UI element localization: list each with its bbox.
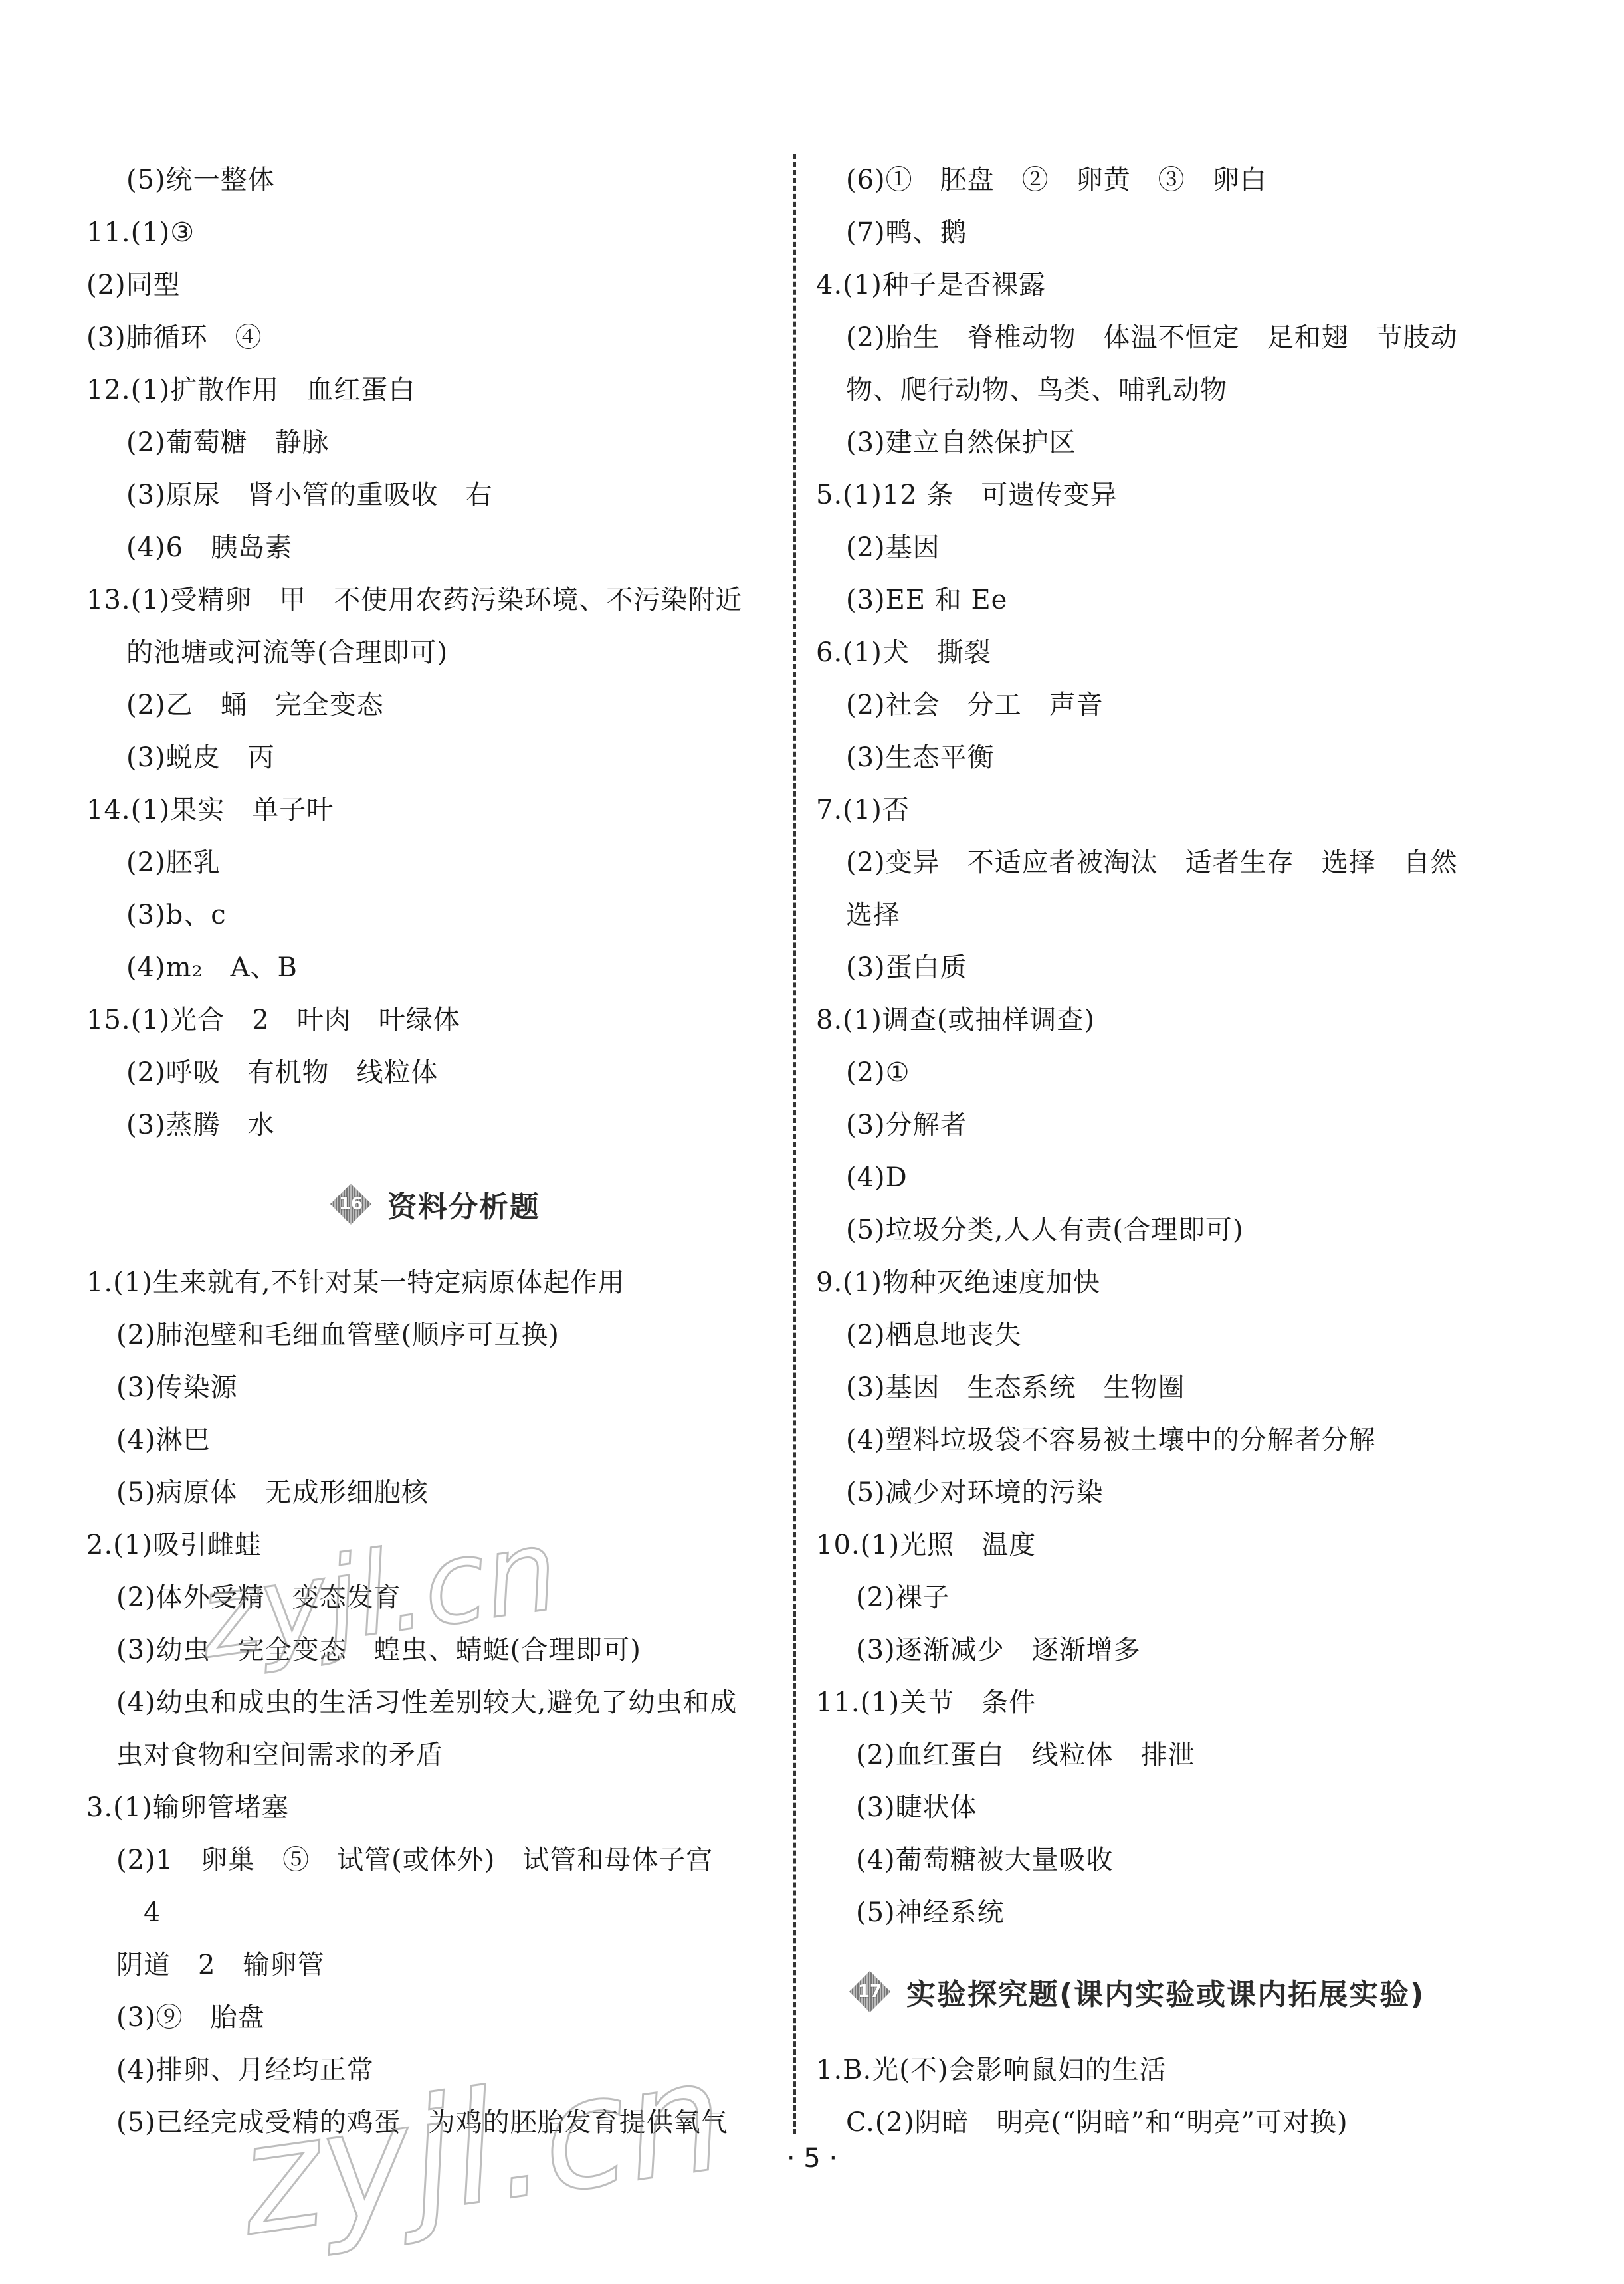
answer-line: (2)① xyxy=(816,1047,1554,1099)
answer-line: (3)生态平衡 xyxy=(816,732,1554,784)
answer-line: (4)D xyxy=(816,1152,1554,1204)
answer-line: (3)蜕皮 丙 xyxy=(86,732,784,784)
answer-line: 9.(1)物种灭绝速度加快 xyxy=(816,1257,1554,1309)
answer-line: (2)呼吸 有机物 线粒体 xyxy=(86,1047,784,1099)
section-16-title: 资料分析题 xyxy=(387,1183,540,1225)
right-column: (6)① 胚盘 ② 卵黄 ③ 卵白(7)鸭、鹅4.(1)种子是否裸露(2)胎生 … xyxy=(816,154,1554,2149)
answer-line: 4 xyxy=(86,1887,784,1939)
answer-line: (2)体外受精 变态发育 xyxy=(86,1572,784,1624)
answer-line: (5)统一整体 xyxy=(86,154,784,207)
answer-line: 14.(1)果实 单子叶 xyxy=(86,784,784,837)
answer-line: 5.(1)12 条 可遗传变异 xyxy=(816,469,1554,522)
answer-line: 阴道 2 输卵管 xyxy=(86,1939,784,1992)
answer-line: (3)b、c xyxy=(86,889,784,942)
answer-line: (4)葡萄糖被大量吸收 xyxy=(816,1834,1554,1887)
answer-line: (2)变异 不适应者被淘汰 适者生存 选择 自然 xyxy=(816,837,1554,889)
answer-line: 10.(1)光照 温度 xyxy=(816,1519,1554,1572)
section-16-header: 16 资料分析题 xyxy=(86,1152,784,1257)
answers-block-17: 1.B.光(不)会影响鼠妇的生活C.(2)阴暗 明亮(“阴暗”和“明亮”可对换) xyxy=(816,2044,1554,2149)
page-number: · 5 · xyxy=(0,2143,1624,2174)
answer-line: (2)裸子 xyxy=(816,1572,1554,1624)
answer-line: 4.(1)种子是否裸露 xyxy=(816,259,1554,312)
answer-line: (4)幼虫和成虫的生活习性差别较大,避免了幼虫和成 xyxy=(86,1677,784,1729)
answer-line: (3)⑨ 胎盘 xyxy=(86,1992,784,2044)
answer-line: (2)胎生 脊椎动物 体温不恒定 足和翅 节肢动 xyxy=(816,312,1554,364)
answer-line: 的池塘或河流等(合理即可) xyxy=(86,627,784,679)
section-17-title: 实验探究题(课内实验或课内拓展实验) xyxy=(906,1970,1425,2013)
answer-line: (3)睫状体 xyxy=(816,1782,1554,1834)
answer-line: 虫对食物和空间需求的矛盾 xyxy=(86,1729,784,1782)
answer-line: 2.(1)吸引雌蛙 xyxy=(86,1519,784,1572)
answers-block-15: (5)统一整体11.(1)③(2)同型(3)肺循环 ④12.(1)扩散作用 血红… xyxy=(86,154,784,1152)
answer-line: (2)社会 分工 声音 xyxy=(816,679,1554,732)
section-number-badge-icon: 17 xyxy=(849,1971,890,2012)
answer-line: (7)鸭、鹅 xyxy=(816,207,1554,259)
answer-line: (3)建立自然保护区 xyxy=(816,417,1554,469)
answer-line: (4)塑料垃圾袋不容易被土壤中的分解者分解 xyxy=(816,1414,1554,1467)
answer-line: (3)肺循环 ④ xyxy=(86,312,784,364)
answer-line: 8.(1)调查(或抽样调查) xyxy=(816,994,1554,1047)
answer-line: (2)葡萄糖 静脉 xyxy=(86,417,784,469)
answer-line: (3)蒸腾 水 xyxy=(86,1099,784,1152)
answer-line: (2)乙 蛹 完全变态 xyxy=(86,679,784,732)
answer-line: (2)胚乳 xyxy=(86,837,784,889)
answer-line: 1.B.光(不)会影响鼠妇的生活 xyxy=(816,2044,1554,2097)
left-column: (5)统一整体11.(1)③(2)同型(3)肺循环 ④12.(1)扩散作用 血红… xyxy=(86,154,784,2149)
answer-line: (5)病原体 无成形细胞核 xyxy=(86,1467,784,1519)
answer-line: (4)淋巴 xyxy=(86,1414,784,1467)
answer-line: 7.(1)否 xyxy=(816,784,1554,837)
section-17-header: 17 实验探究题(课内实验或课内拓展实验) xyxy=(816,1939,1554,2044)
answer-line: 1.(1)生来就有,不针对某一特定病原体起作用 xyxy=(86,1257,784,1309)
answer-line: 13.(1)受精卵 甲 不使用农药污染环境、不污染附近 xyxy=(86,574,784,627)
answer-line: (3)传染源 xyxy=(86,1362,784,1414)
answer-line: C.(2)阴暗 明亮(“阴暗”和“明亮”可对换) xyxy=(816,2097,1554,2149)
answer-line: (3)EE 和 Ee xyxy=(816,574,1554,627)
answer-line: 物、爬行动物、鸟类、哺乳动物 xyxy=(816,364,1554,417)
answer-line: 12.(1)扩散作用 血红蛋白 xyxy=(86,364,784,417)
answer-line: 选择 xyxy=(816,889,1554,942)
answer-line: (3)幼虫 完全变态 蝗虫、蜻蜓(合理即可) xyxy=(86,1624,784,1677)
column-divider xyxy=(793,154,796,2134)
answer-line: (4)m₂ A、B xyxy=(86,942,784,994)
answer-line: (2)同型 xyxy=(86,259,784,312)
answer-line: 3.(1)输卵管堵塞 xyxy=(86,1782,784,1834)
answer-line: (2)1 卵巢 ⑤ 试管(或体外) 试管和母体子宫 xyxy=(86,1834,784,1887)
answer-line: (5)垃圾分类,人人有责(合理即可) xyxy=(816,1204,1554,1257)
answer-line: (2)肺泡壁和毛细血管壁(顺序可互换) xyxy=(86,1309,784,1362)
answer-line: (3)蛋白质 xyxy=(816,942,1554,994)
section-number-badge-icon: 16 xyxy=(330,1184,371,1225)
answer-line: (5)减少对环境的污染 xyxy=(816,1467,1554,1519)
answer-line: (2)栖息地丧失 xyxy=(816,1309,1554,1362)
answers-block-16-cont: (6)① 胚盘 ② 卵黄 ③ 卵白(7)鸭、鹅4.(1)种子是否裸露(2)胎生 … xyxy=(816,154,1554,1939)
answer-line: (2)血红蛋白 线粒体 排泄 xyxy=(816,1729,1554,1782)
answer-line: (4)6 胰岛素 xyxy=(86,522,784,574)
answer-line: 11.(1)关节 条件 xyxy=(816,1677,1554,1729)
answer-line: 15.(1)光合 2 叶肉 叶绿体 xyxy=(86,994,784,1047)
answer-line: (3)原尿 肾小管的重吸收 右 xyxy=(86,469,784,522)
answer-line: 6.(1)犬 撕裂 xyxy=(816,627,1554,679)
answer-line: (3)逐渐减少 逐渐增多 xyxy=(816,1624,1554,1677)
answer-line: (6)① 胚盘 ② 卵黄 ③ 卵白 xyxy=(816,154,1554,207)
answer-line: (4)排卵、月经均正常 xyxy=(86,2044,784,2097)
answer-line: (3)分解者 xyxy=(816,1099,1554,1152)
answer-line: (5)神经系统 xyxy=(816,1887,1554,1939)
answer-line: (3)基因 生态系统 生物圈 xyxy=(816,1362,1554,1414)
answer-line: 11.(1)③ xyxy=(86,207,784,259)
answer-line: (2)基因 xyxy=(816,522,1554,574)
answers-block-16: 1.(1)生来就有,不针对某一特定病原体起作用(2)肺泡壁和毛细血管壁(顺序可互… xyxy=(86,1257,784,2149)
answer-line: (5)已经完成受精的鸡蛋 为鸡的胚胎发育提供氧气 xyxy=(86,2097,784,2149)
